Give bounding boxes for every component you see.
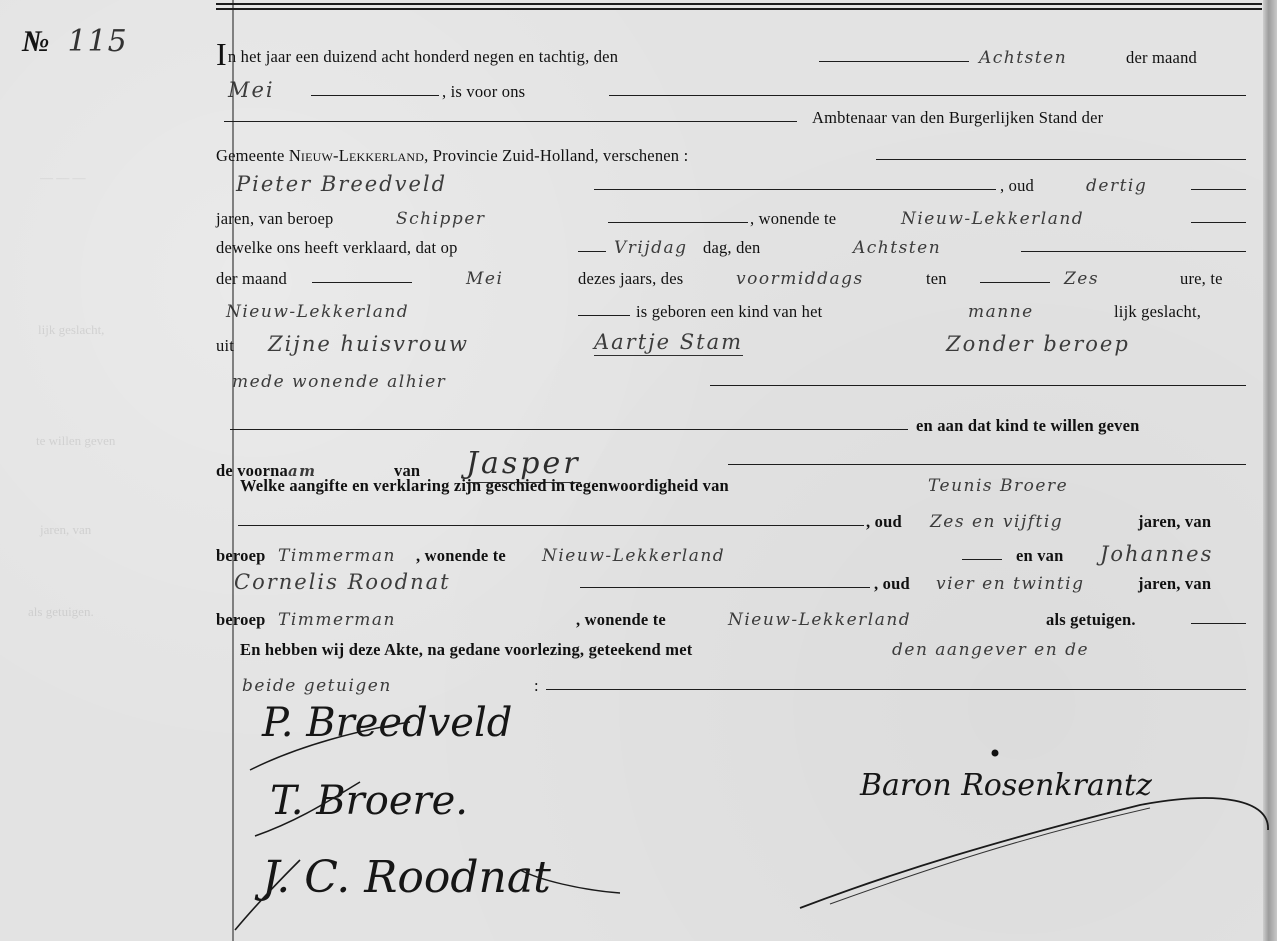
signature-flourishes <box>0 0 1277 941</box>
scanned-document-page: — — — lijk geslacht, te willen geven jar… <box>0 0 1277 941</box>
